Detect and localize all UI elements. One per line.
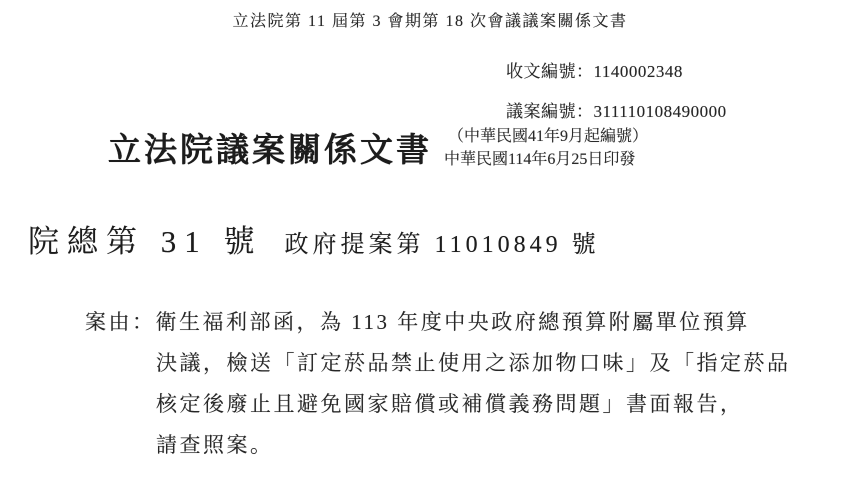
document-title: 立法院議案關係文書 bbox=[108, 124, 432, 171]
government-proposal-number: 政府提案第 11010849 號 bbox=[285, 224, 600, 259]
case-summary-paragraph: 案由：衛生福利部函，為 113 年度中央政府總預算附屬單位預算 決議，檢送「訂定… bbox=[85, 302, 815, 466]
receipt-number-line: 收文編號：1140002348 bbox=[506, 57, 727, 82]
case-summary-line-4: 請查照案。 bbox=[156, 425, 815, 466]
print-date-note: 中華民國114年6月25日印發 bbox=[444, 148, 648, 171]
title-note: （中華民國41年9月起編號） 中華民國114年6月25日印發 bbox=[444, 125, 648, 171]
bill-number-line: 議案編號：311110108490000 bbox=[506, 97, 727, 122]
case-summary-line-3: 核定後廢止且避免國家賠償或補償義務問題」書面報告， bbox=[156, 384, 815, 425]
document-page: 立法院第 11 屆第 3 會期第 18 次會議議案關係文書 收文編號：11400… bbox=[0, 0, 860, 480]
case-summary-line-1: 案由：衛生福利部函，為 113 年度中央政府總預算附屬單位預算 bbox=[85, 302, 815, 343]
case-summary-line-2: 決議，檢送「訂定菸品禁止使用之添加物口味」及「指定菸品 bbox=[156, 343, 815, 384]
receipt-number-label: 收文編號： bbox=[506, 62, 594, 81]
bill-number-value: 311110108490000 bbox=[594, 102, 727, 121]
document-numbers: 院總第 31 號 政府提案第 11010849 號 bbox=[28, 216, 600, 261]
numbering-origin-note: （中華民國41年9月起編號） bbox=[444, 125, 648, 148]
title-row: 立法院議案關係文書 （中華民國41年9月起編號） 中華民國114年6月25日印發 bbox=[108, 124, 648, 171]
yuan-general-number: 院總第 31 號 bbox=[28, 216, 263, 261]
session-header: 立法院第 11 屆第 3 會期第 18 次會議議案關係文書 bbox=[0, 8, 860, 31]
receipt-number-value: 1140002348 bbox=[594, 62, 683, 81]
bill-number-label: 議案編號： bbox=[506, 102, 594, 121]
